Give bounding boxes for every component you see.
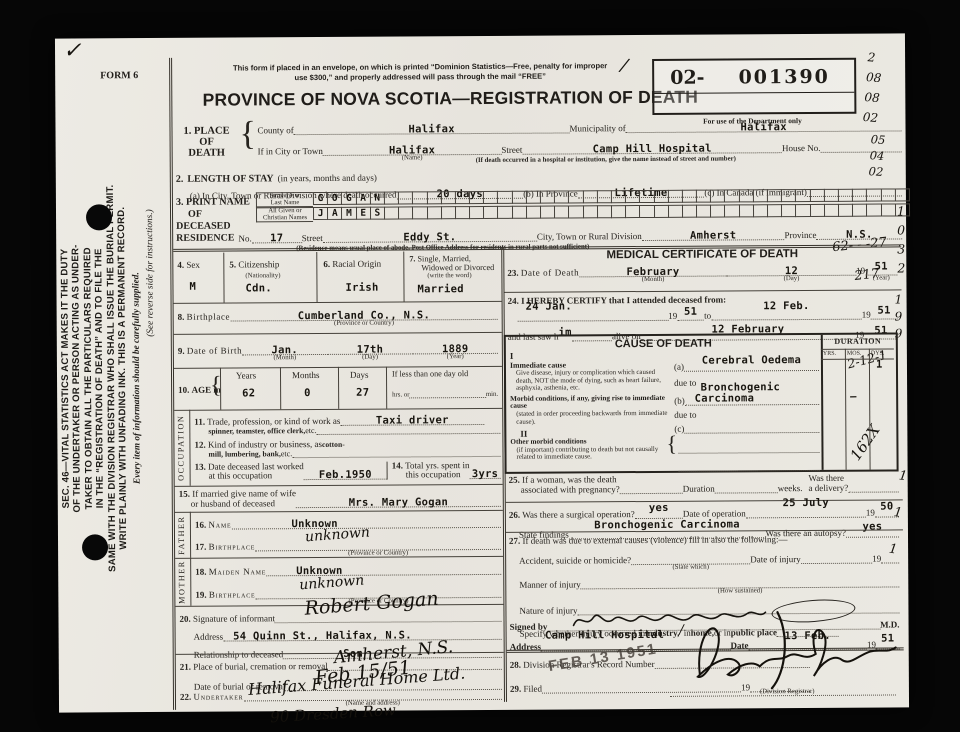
origin-value: Irish xyxy=(345,282,378,294)
handwritten-checkmark: ✓ xyxy=(63,38,82,63)
findings-value: Bronchogenic Carcinoma xyxy=(594,518,740,531)
informant-signature-field: Robert Gogan xyxy=(275,608,502,623)
dob-year-field: 1889(Year) xyxy=(413,340,498,355)
municipality-value: Halifax xyxy=(740,121,786,133)
totalyrs-field: 3yrs xyxy=(469,465,500,479)
section-print-name: 3. PRINT NAME OF DECEASED Surname orLast… xyxy=(176,188,902,252)
filed-label: Filed xyxy=(523,684,542,694)
division-registrar-signature xyxy=(659,609,899,690)
age-days-label: Days xyxy=(350,370,369,380)
province-label: Province xyxy=(784,230,816,240)
street-field: Camp Hill Hospital xyxy=(522,139,782,155)
birthplace-caption: (Province or Country) xyxy=(230,319,498,328)
citizenship-value: Cdn. xyxy=(245,282,272,294)
burial-label: Place of burial, cremation or removal xyxy=(193,661,328,672)
sidebar-statute-text: SEC. 46—VITAL STATISTICS ACT MAKES IT TH… xyxy=(58,66,158,691)
brace: { xyxy=(666,434,677,454)
street-label: Street xyxy=(501,145,522,155)
residence-label: RESIDENCE xyxy=(176,233,234,244)
note-supplied: Every item of information should be care… xyxy=(131,66,145,690)
province-field: N.S. xyxy=(816,225,902,240)
registration-prefix: 02- xyxy=(670,67,704,89)
morbid-head: Morbid conditions, if any, giving rise t… xyxy=(510,395,670,411)
certify-from-year: 51 xyxy=(677,307,704,321)
section-personal-cells: 4. Sex M 5. Citizenship (Nationality) Cd… xyxy=(173,251,501,303)
dod-month-field: February(Month) xyxy=(579,263,727,278)
informant-address-value: 54 Quinn St., Halifax, N.S. xyxy=(233,629,412,642)
mother-birthplace-label: Birthplace xyxy=(209,589,256,599)
other-morbid-field-1 xyxy=(678,439,819,454)
section-place-of-death: 1. PLACE OFDEATH { County of Halifax Mun… xyxy=(175,117,901,165)
undertaker-label: Undertaker xyxy=(193,691,243,701)
operation-label: Was there a surgical operation? xyxy=(522,509,635,520)
marital-value: Married xyxy=(417,283,463,295)
place-num: 1. xyxy=(183,126,191,137)
given-letter-boxes: JAMES xyxy=(313,203,910,219)
cause-b-line: (b) Bronchogenic Carcinoma xyxy=(674,391,819,406)
section-father: FATHER 16. Name Unknown 17. Birthplace u… xyxy=(175,510,503,558)
manner-label: Manner of injury xyxy=(519,579,581,589)
marital-label: Single, Married, xyxy=(417,254,470,263)
mother-vertical-label: MOTHER xyxy=(177,560,186,604)
hospital-caption: (If death occurred in a hospital or inst… xyxy=(476,154,902,164)
father-name-label: Name xyxy=(208,520,231,530)
certify-to-year: 51 xyxy=(871,305,898,319)
pregnancy-field xyxy=(620,480,683,494)
brace: { xyxy=(239,124,255,144)
duration-header: DURATION xyxy=(823,336,893,345)
residence-no-value: 17 xyxy=(270,232,283,244)
registration-number-box: 02- 001390 xyxy=(652,58,856,115)
father-birthplace-value: unknown xyxy=(305,524,371,545)
section-date-of-death: 23. Date of Death February(Month) 12(Day… xyxy=(507,261,897,277)
external-label: If death was due to external causes (vio… xyxy=(522,534,787,546)
age-less-label: If less than one day old xyxy=(392,369,468,378)
dod-day-field: 12(Day) xyxy=(727,262,856,277)
signed-address-value: Camp Hill Hospital xyxy=(545,629,664,642)
cause-b-value2: Carcinoma xyxy=(695,392,755,404)
father-birthplace-label: Birthplace xyxy=(209,541,256,551)
section-registrar-record: 28. Division Registrar's Record Number F… xyxy=(510,653,900,693)
residence-street-field: Eddy St. xyxy=(323,228,537,243)
form-title: PROVINCE OF NOVA SCOTIA—REGISTRATION OF … xyxy=(165,86,735,110)
city-field: Halifax (Name) xyxy=(323,141,502,156)
lastworked-field: Feb.1950 xyxy=(304,466,387,481)
stay-label: LENGTH OF STAY xyxy=(187,173,273,185)
section-undertaker: 22. Undertaker Halifax Funeral Home Ltd.… xyxy=(180,686,502,721)
form-number: FORM 6 xyxy=(100,70,138,81)
sex-label: Sex xyxy=(186,260,200,270)
signed-label: Signed by xyxy=(510,622,548,632)
note-reverse: (See reverse side for instructions.) xyxy=(145,66,159,690)
registration-serial: 001390 xyxy=(738,66,829,89)
residence-street-value: Eddy St. xyxy=(403,231,456,243)
province-value: N.S. xyxy=(846,229,873,241)
totalyrs-value: 3yrs xyxy=(472,468,499,480)
house-label: House No. xyxy=(782,143,821,153)
municipality-field: Halifax xyxy=(626,117,902,133)
residence-street-label: Street xyxy=(302,233,323,243)
cause-a-duration-days: 1 xyxy=(876,359,883,371)
certify-to-field: 12 Feb. xyxy=(711,306,862,321)
occupation-vertical-label: OCCUPATION xyxy=(176,414,185,482)
section-pregnancy: 25. If a woman, was the death associated… xyxy=(509,473,899,494)
house-field xyxy=(820,138,901,152)
name-caption: (Name) xyxy=(323,154,502,162)
informant-address-field: 54 Quinn St., Halifax, N.S. xyxy=(223,626,502,642)
margin-code: 2080802 xyxy=(862,47,884,128)
certify-from-field: 24 Jan. xyxy=(518,307,669,322)
division-value: Amherst xyxy=(690,229,736,241)
municipality-label: Municipality of xyxy=(569,123,625,133)
mother-name-field: Unknown xyxy=(266,561,501,576)
informant-address-label: Address xyxy=(194,632,224,642)
dod-year-field: 51(Year) xyxy=(865,261,897,275)
residence-no-field: 17 xyxy=(252,229,302,243)
other-morbid-field-2 xyxy=(679,457,820,472)
cause-a-line: (a) Cerebral Oedema xyxy=(674,357,819,372)
death-registration-form: SEC. 46—VITAL STATISTICS ACT MAKES IT TH… xyxy=(55,33,909,712)
punch-hole xyxy=(86,204,112,230)
residence-no-label: No. xyxy=(239,233,252,243)
manner-field: (How sustained) xyxy=(581,573,900,589)
origin-label: Racial Origin xyxy=(332,259,381,269)
accident-label: Accident, suicide or homicide? xyxy=(519,555,631,566)
age-days-value: 27 xyxy=(356,387,369,399)
cause-b-duration-months: — xyxy=(850,391,857,403)
punch-hole xyxy=(82,534,108,560)
age-years-value: 62 xyxy=(242,387,255,399)
industry-field xyxy=(292,447,500,458)
section-date-of-birth: 9. Date of Birth Jan.(Month) 17th(Day) 1… xyxy=(178,340,498,356)
section-age: 10. AGE in { Years 62 Months 0 Days 27 I… xyxy=(174,366,502,410)
dob-label: Date of Birth xyxy=(187,345,242,355)
surname-letter-boxes: GOGAN xyxy=(313,188,910,204)
cause-a-value: Cerebral Oedema xyxy=(702,354,801,367)
dod-label: Date of Death xyxy=(521,267,579,277)
county-field: Halifax xyxy=(294,119,570,135)
operation-value: yes xyxy=(649,502,669,514)
dob-day-field: 17th(Day) xyxy=(327,340,412,355)
statute-line: WRITE PLAINLY WITH UNFADING INK. THIS IS… xyxy=(115,66,130,690)
county-label: County of xyxy=(257,125,293,135)
cause-c-line: (c) xyxy=(674,419,819,434)
cause-c-field xyxy=(684,419,819,434)
operation-field: yes xyxy=(635,505,683,519)
citizenship-label: Citizenship xyxy=(238,259,279,269)
stay-sub: (in years, months and days) xyxy=(278,173,377,184)
section-birthplace: 8. Birthplace Cumberland Co., N.S. (Prov… xyxy=(178,306,498,322)
lastworked-value: Feb.1950 xyxy=(319,469,372,481)
age-months-value: 0 xyxy=(304,387,311,399)
county-value: Halifax xyxy=(408,123,454,135)
section-occupation: OCCUPATION 11. Trade, profession, or kin… xyxy=(174,408,502,486)
operation-date-field: 25 July xyxy=(746,504,866,519)
informant-label: Signature of informant xyxy=(193,613,275,624)
cause-instructions: I Immediate cause Give disease, injury o… xyxy=(510,350,671,462)
cause-b-field: Bronchogenic Carcinoma xyxy=(685,391,820,406)
street-value: Camp Hill Hospital xyxy=(593,143,712,156)
father-birthplace-field: unknown (Province or Country) xyxy=(255,536,501,552)
cause-title: CAUSE OF DEATH xyxy=(506,337,821,351)
spouse-value: Mrs. Mary Gogan xyxy=(349,496,448,509)
age-years-label: Years xyxy=(236,370,256,380)
birthplace-label: Birthplace xyxy=(187,312,231,322)
section-spouse: 15. If married give name of wife or husb… xyxy=(179,488,501,509)
mother-name-label: Maiden Name xyxy=(209,566,267,576)
division-field: Amherst xyxy=(642,226,785,241)
operation-year: 50 xyxy=(875,503,899,517)
stay-num: 2. xyxy=(176,174,184,185)
spouse-field: Mrs. Mary Gogan xyxy=(296,493,501,508)
operation-date-value: 25 July xyxy=(783,497,829,509)
cause-a-field: Cerebral Oedema xyxy=(684,357,819,372)
spouse-label: If married give name of wife xyxy=(192,488,296,499)
accident-field: (State which) xyxy=(631,550,750,565)
division-label: City, Town or Rural Division xyxy=(537,231,642,242)
cause-of-death-box: CAUSE OF DEATH DURATION YRS. MOS. DYS. I… xyxy=(504,332,899,473)
pregnancy-label: If a woman, was the death xyxy=(522,474,617,485)
age-months-label: Months xyxy=(292,370,320,380)
injury-date-field xyxy=(801,550,873,564)
medical-title: MEDICAL CERTIFICATE OF DEATH xyxy=(507,247,897,261)
mother-birthplace-value: unknown xyxy=(299,572,365,593)
birthplace-field: Cumberland Co., N.S. (Province or Countr… xyxy=(230,306,498,322)
delivery-field xyxy=(848,478,899,492)
father-vertical-label: FATHER xyxy=(177,514,186,556)
autopsy-value: yes xyxy=(862,521,882,533)
dob-month-field: Jan.(Month) xyxy=(242,341,327,356)
city-label: If in City or Town xyxy=(258,146,323,156)
pregnancy-duration-field xyxy=(715,479,778,493)
sex-value: M xyxy=(189,281,196,293)
